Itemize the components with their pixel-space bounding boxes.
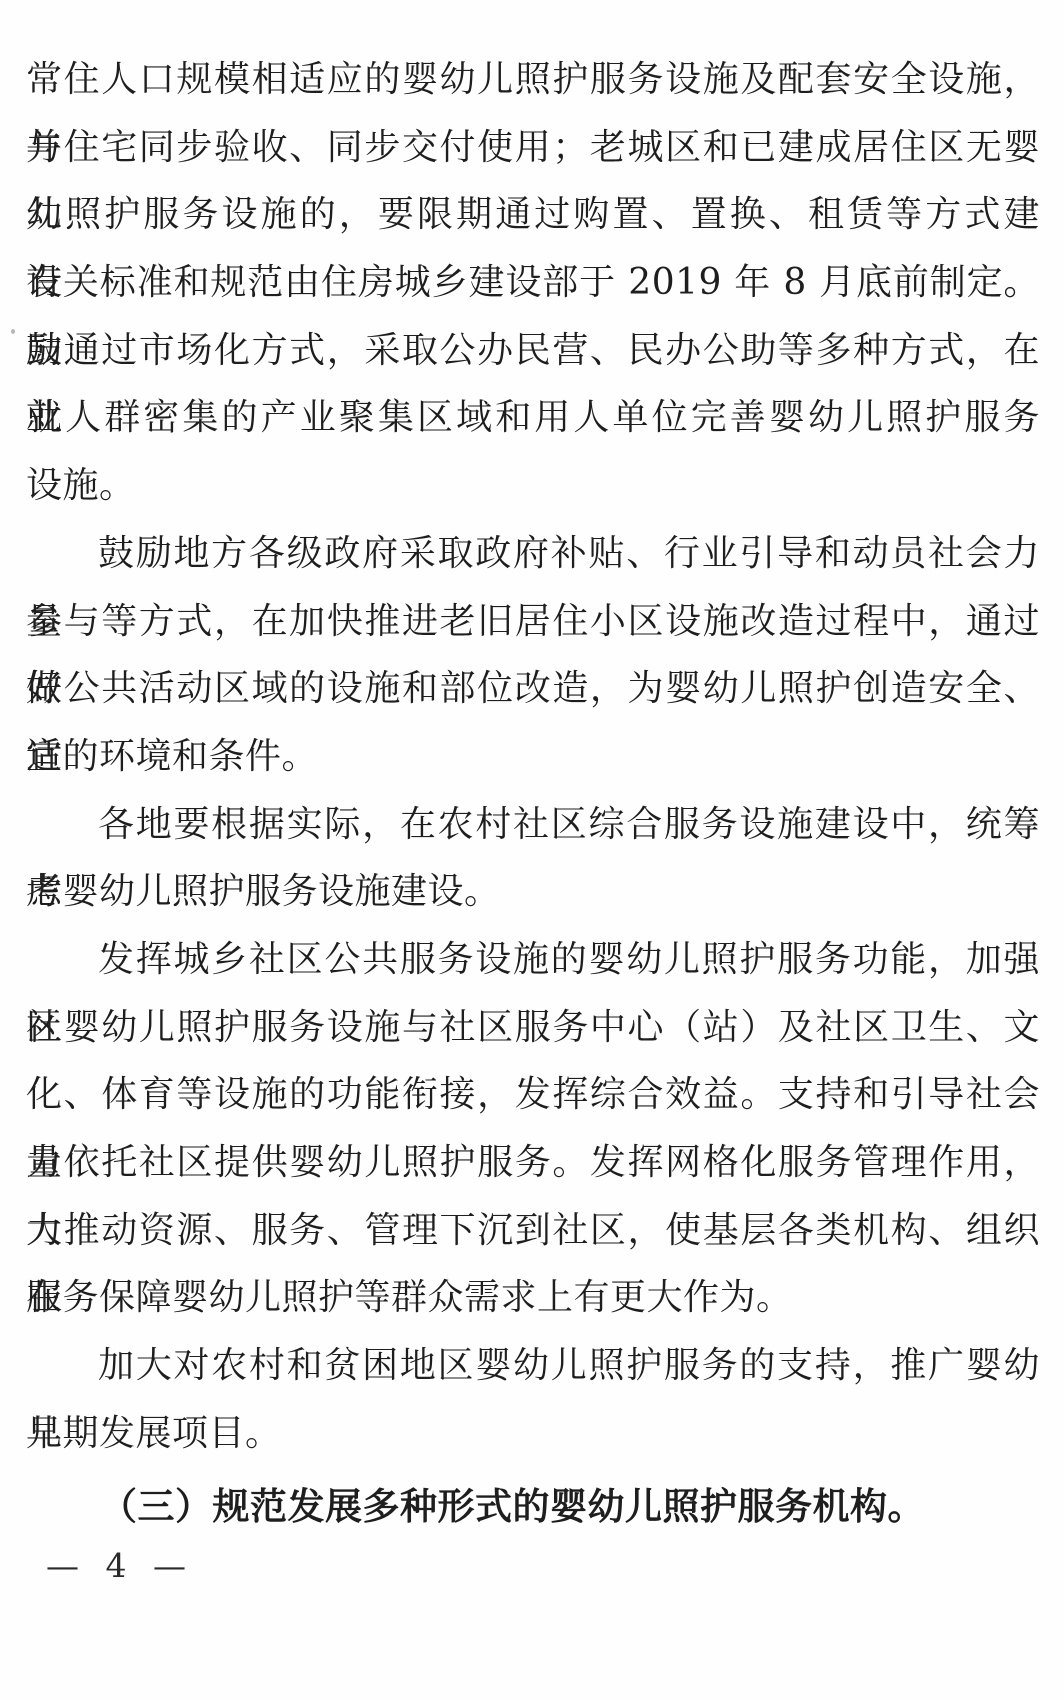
text-line: 量依托社区提供婴幼儿照护服务。发挥网格化服务管理作用，大 xyxy=(26,1129,1040,1197)
scanned-document-page: 常住人口规模相适应的婴幼儿照护服务设施及配套安全设施，并 与住宅同步验收、同步交… xyxy=(0,0,1064,1700)
text-line: 业人群密集的产业聚集区域和用人单位完善婴幼儿照护服务 xyxy=(26,384,1040,452)
text-line: 与住宅同步验收、同步交付使用；老城区和已建成居住区无婴幼 xyxy=(26,114,1040,182)
section-heading: （三）规范发展多种形式的婴幼儿照护服务机构。 xyxy=(26,1473,1040,1541)
text-line: 设施。 xyxy=(26,452,1040,520)
text-line: 有关标准和规范由住房城乡建设部于 2019 年 8 月底前制定。鼓 xyxy=(26,249,1040,317)
text-line: 励通过市场化方式，采取公办民营、民办公助等多种方式，在就 xyxy=(26,317,1040,385)
text-line: 加大对农村和贫困地区婴幼儿照护服务的支持，推广婴幼儿 xyxy=(26,1332,1040,1400)
text-line: 力推动资源、服务、管理下沉到社区，使基层各类机构、组织在 xyxy=(26,1197,1040,1265)
text-line: 发挥城乡社区公共服务设施的婴幼儿照护服务功能，加强社 xyxy=(26,926,1040,994)
text-line: 区婴幼儿照护服务设施与社区服务中心（站）及社区卫生、文 xyxy=(26,994,1040,1062)
text-line: 化、体育等设施的功能衔接，发挥综合效益。支持和引导社会力 xyxy=(26,1061,1040,1129)
text-line: 儿照护服务设施的，要限期通过购置、置换、租赁等方式建设。 xyxy=(26,181,1040,249)
text-line: 各地要根据实际，在农村社区综合服务设施建设中，统筹考 xyxy=(26,791,1040,859)
text-line: 虑婴幼儿照护服务设施建设。 xyxy=(26,858,1040,926)
page-number: — 4 — xyxy=(46,1546,194,1586)
text-line: 服务保障婴幼儿照护等群众需求上有更大作为。 xyxy=(26,1264,1040,1332)
text-line: 宜的环境和条件。 xyxy=(26,723,1040,791)
text-line: 鼓励地方各级政府采取政府补贴、行业引导和动员社会力量 xyxy=(26,520,1040,588)
text-line: 常住人口规模相适应的婴幼儿照护服务设施及配套安全设施，并 xyxy=(26,46,1040,114)
text-line: 参与等方式，在加快推进老旧居住小区设施改造过程中，通过做 xyxy=(26,588,1040,656)
scan-speck-artifact xyxy=(11,329,15,334)
document-body: 常住人口规模相适应的婴幼儿照护服务设施及配套安全设施，并 与住宅同步验收、同步交… xyxy=(26,46,1040,1541)
text-line: 早期发展项目。 xyxy=(26,1400,1040,1468)
text-line: 好公共活动区域的设施和部位改造，为婴幼儿照护创造安全、适 xyxy=(26,655,1040,723)
